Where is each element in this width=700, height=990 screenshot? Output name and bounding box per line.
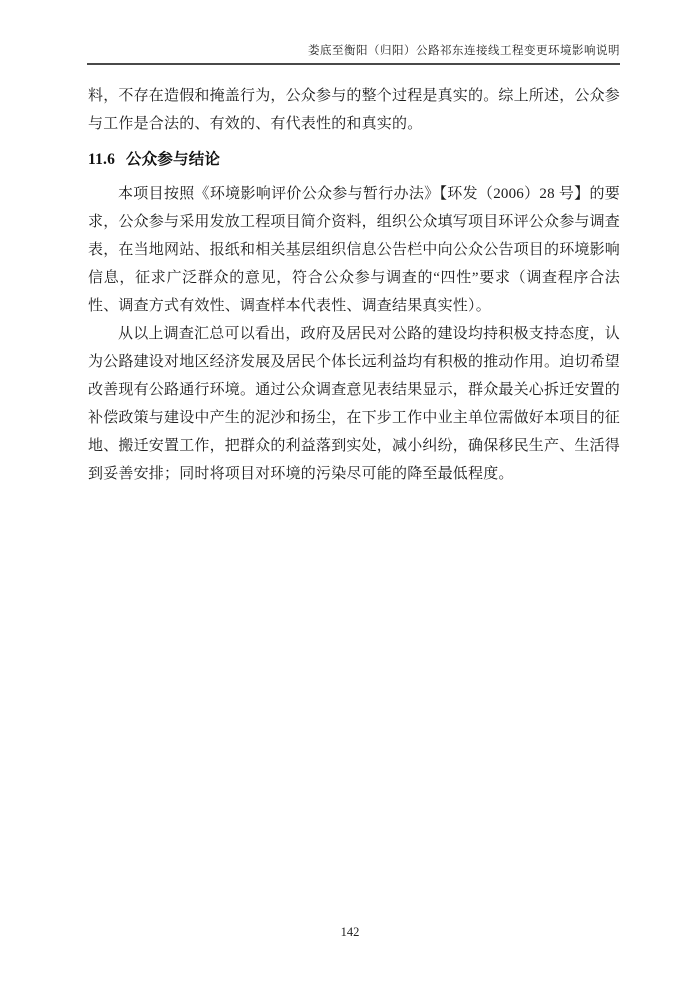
document-page: 娄底至衡阳（归阳）公路祁东连接线工程变更环境影响说明 料，不存在造假和掩盖行为，… bbox=[0, 0, 700, 990]
page-footer: 142 bbox=[0, 925, 700, 940]
section-heading: 11.6公众参与结论 bbox=[88, 146, 620, 174]
paragraph-continuation: 料，不存在造假和掩盖行为，公众参与的整个过程是真实的。综上所述，公众参与工作是合… bbox=[88, 82, 620, 138]
section-title: 公众参与结论 bbox=[126, 151, 220, 168]
document-body: 料，不存在造假和掩盖行为，公众参与的整个过程是真实的。综上所述，公众参与工作是合… bbox=[88, 82, 620, 488]
page-number: 142 bbox=[341, 925, 360, 939]
running-header-title: 娄底至衡阳（归阳）公路祁东连接线工程变更环境影响说明 bbox=[308, 45, 620, 57]
section-number: 11.6 bbox=[88, 151, 115, 168]
body-paragraph: 从以上调查汇总可以看出，政府及居民对公路的建设均持积极支持态度，认为公路建设对地… bbox=[88, 320, 620, 488]
page-header: 娄底至衡阳（归阳）公路祁东连接线工程变更环境影响说明 bbox=[87, 42, 620, 65]
body-paragraph: 本项目按照《环境影响评价公众参与暂行办法》【环发（2006）28 号】的要求，公… bbox=[88, 180, 620, 320]
